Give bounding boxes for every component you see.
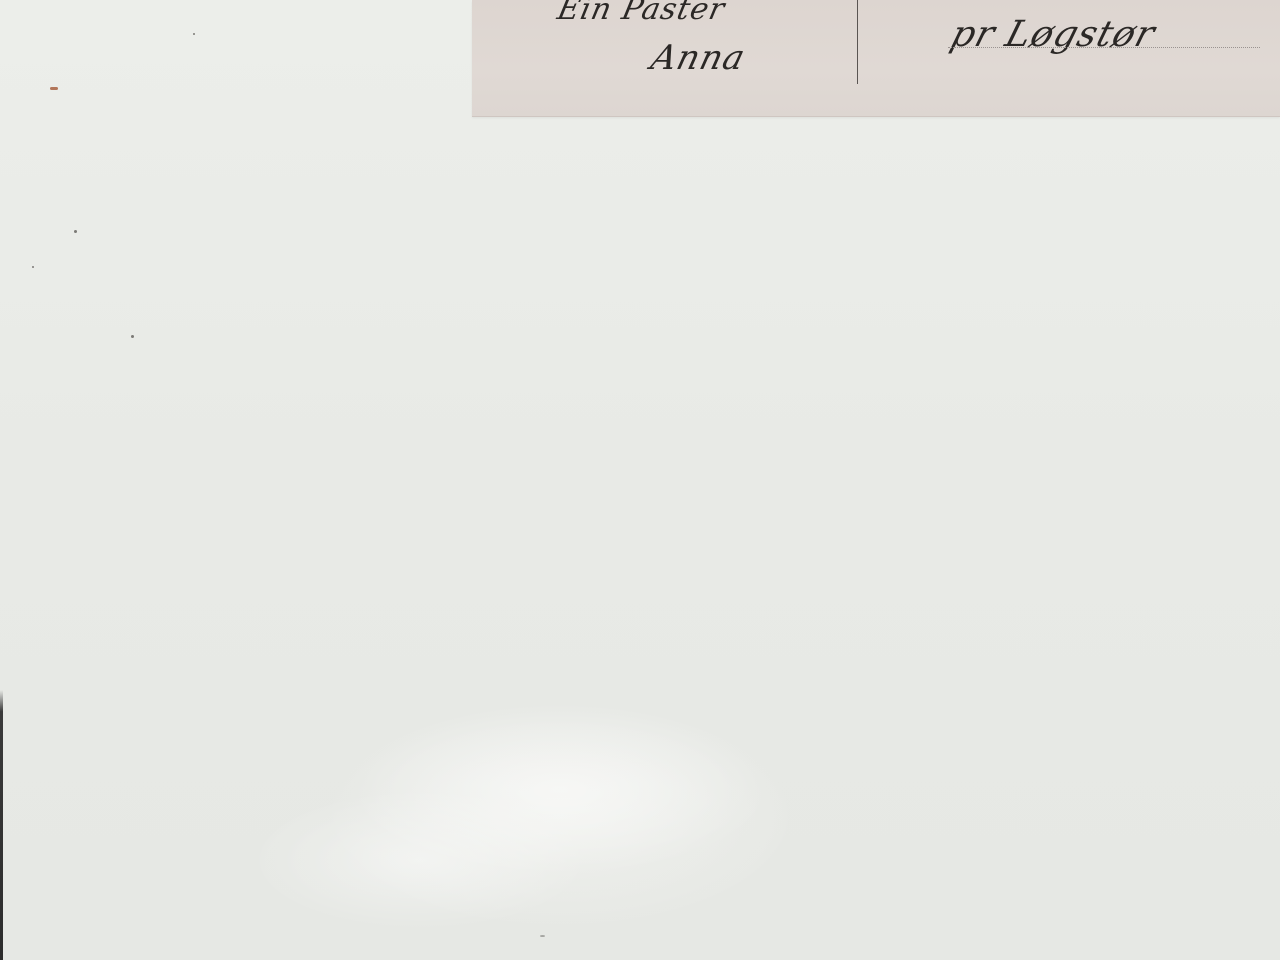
postcard-center-divider — [857, 0, 858, 84]
dust-speck — [131, 335, 134, 338]
address-line: pr Løgstør — [946, 14, 1160, 55]
dust-speck — [32, 266, 34, 268]
dust-speck — [540, 935, 545, 937]
message-signature: Anna — [647, 38, 750, 78]
dust-speck — [50, 87, 58, 90]
message-line: Ein Paster — [554, 0, 728, 27]
dust-speck — [74, 230, 77, 233]
scanner-edge-shadow — [0, 690, 3, 960]
faint-bleedthrough-stain — [320, 700, 800, 930]
postcard-fragment: Ein Paster Anna pr Løgstør — [472, 0, 1280, 116]
dust-speck — [193, 33, 195, 35]
address-dotted-rule — [948, 47, 1260, 48]
